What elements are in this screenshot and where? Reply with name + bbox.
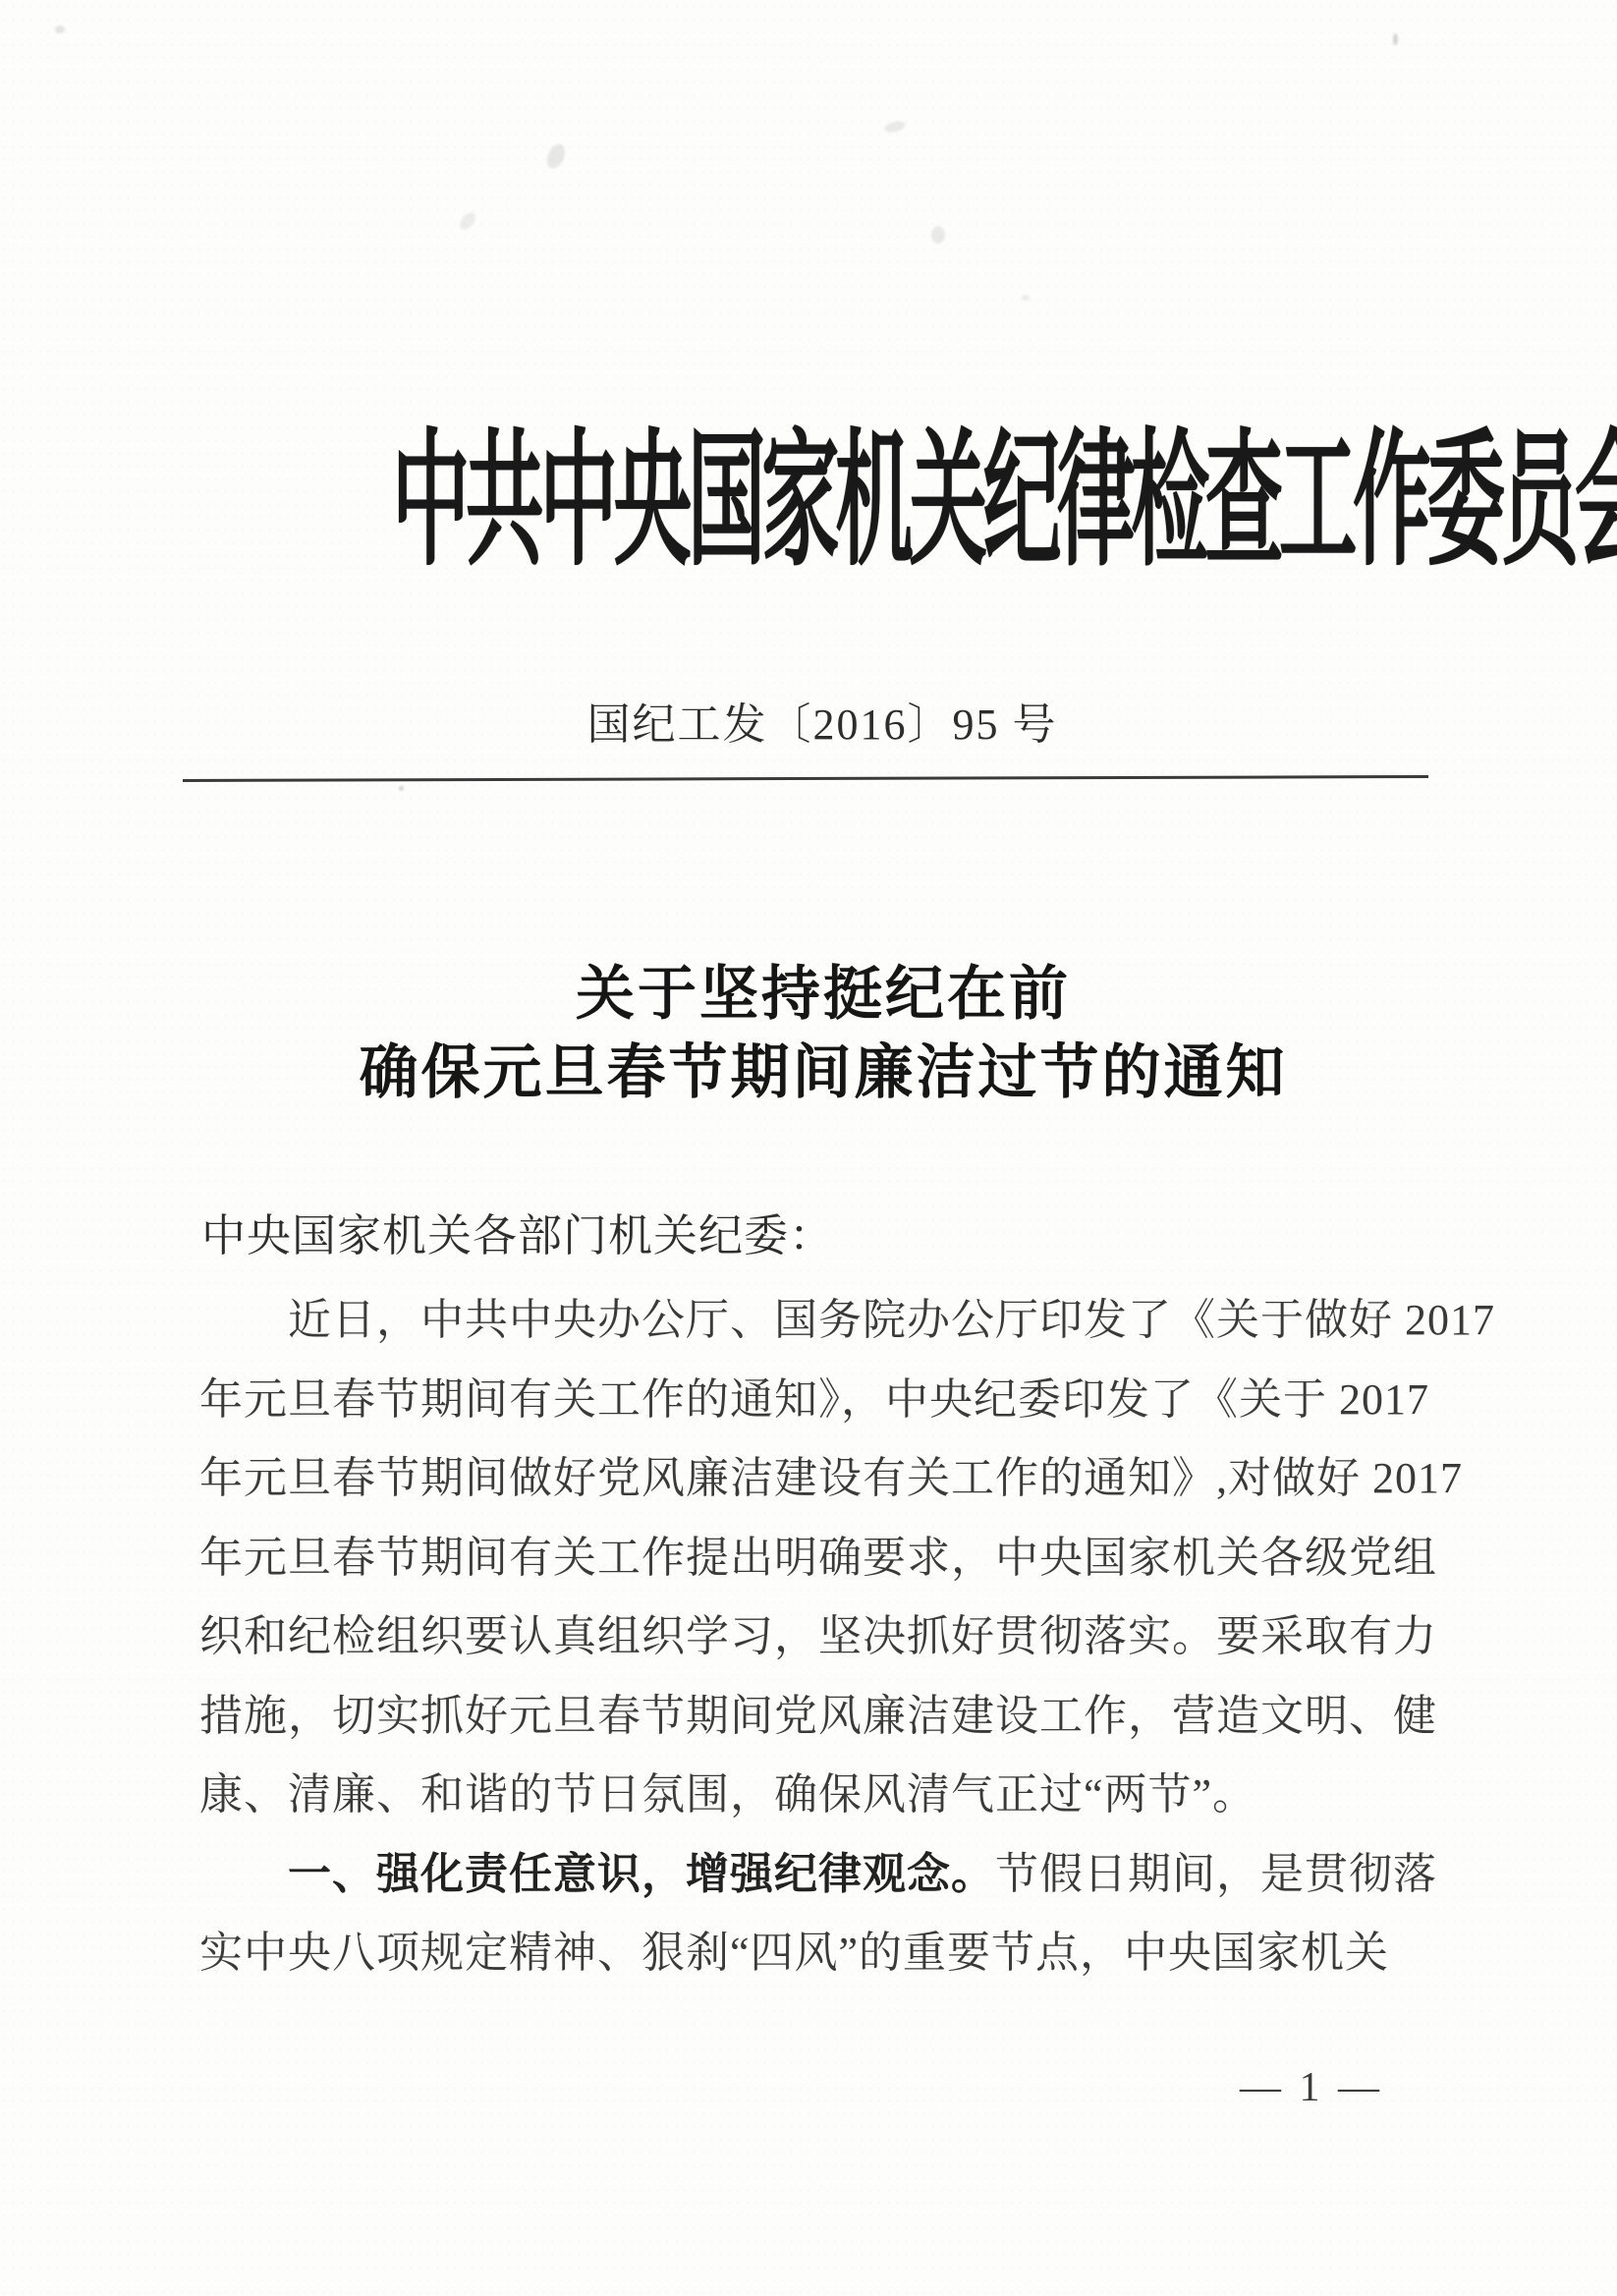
scan-speck [1393,33,1398,45]
body-line: 年元旦春节期间有关工作的通知》，中央纪委印发了《关于 2017 [199,1361,1467,1440]
body-line: 措施，切实抓好元旦春节期间党风廉洁建设工作，营造文明、健 [199,1677,1467,1757]
page-number: — 1 — [1240,2067,1383,2108]
scan-speck [931,226,945,244]
document-title: 关于坚持挺纪在前 确保元旦春节期间廉洁过节的通知 [15,955,1617,1112]
scan-speck [883,119,907,134]
scan-speck [543,141,568,171]
title-line-2: 确保元旦春节期间廉洁过节的通知 [15,1034,1617,1112]
body-line: 实中央八项规定精神、狠刹“四风”的重要节点，中央国家机关 [199,1914,1467,1993]
body-line-bold-lead: 一、强化责任意识，增强纪律观念。 [288,1850,995,1898]
body-line: 康、清廉、和谐的节日氛围，确保风清气正过“两节”。 [199,1756,1467,1835]
body-line: 近日，中共中央办公厅、国务院办公厅印发了《关于做好 2017 [199,1281,1467,1361]
scan-speck [55,26,65,33]
scan-speck [399,786,404,791]
document-header-banner: 中共中央国家机关纪律检查工作委员会文件 [392,428,1249,576]
scan-speck [457,209,478,232]
scanned-document-page: 中共中央国家机关纪律检查工作委员会文件 国纪工发〔2016〕95 号 关于坚持挺… [0,0,1617,2296]
separator-line [183,775,1428,782]
body-line: 年元旦春节期间做好党风廉洁建设有关工作的通知》,对做好 2017 [199,1439,1467,1519]
salutation: 中央国家机关各部门机关纪委： [201,1214,834,1259]
body-line: 年元旦春节期间有关工作提出明确要求，中央国家机关各级党组 [199,1519,1467,1598]
scan-speck [1022,295,1030,301]
body-line-text: 节假日期间，是贯彻落 [995,1850,1437,1898]
title-line-1: 关于坚持挺纪在前 [15,955,1617,1034]
document-body: 近日，中共中央办公厅、国务院办公厅印发了《关于做好 2017 年元旦春节期间有关… [199,1281,1467,1993]
body-line: 一、强化责任意识，增强纪律观念。节假日期间，是贯彻落 [199,1835,1467,1915]
body-line: 织和纪检组织要认真组织学习，坚决抓好贯彻落实。要采取有力 [199,1597,1467,1677]
document-number: 国纪工发〔2016〕95 号 [14,703,1617,747]
